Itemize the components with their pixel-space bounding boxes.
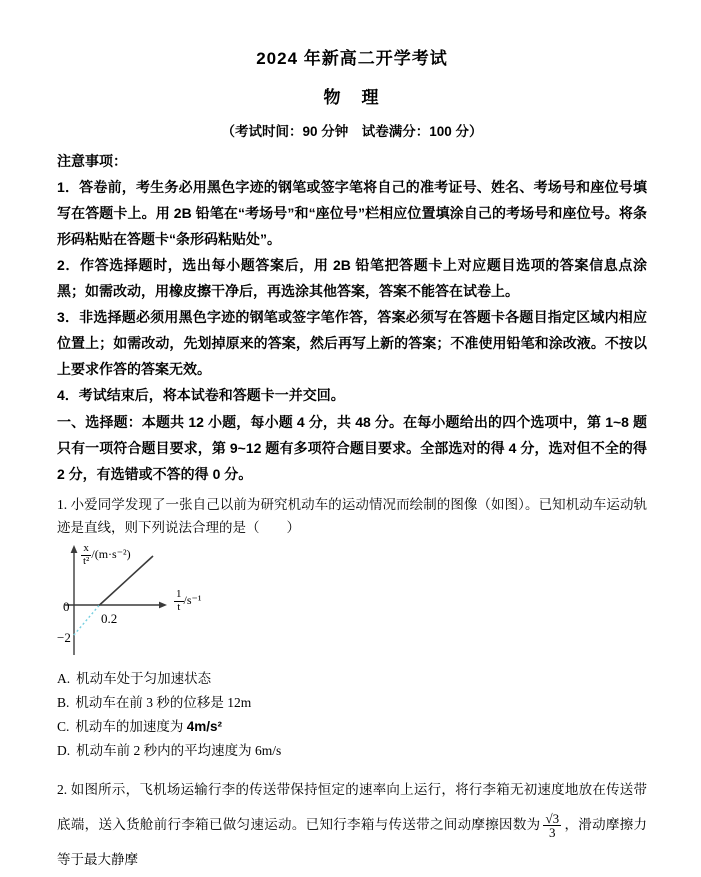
y-axis-arrow-icon — [71, 545, 78, 553]
exam-subject: 物 理 — [57, 83, 647, 108]
exam-time-score-info: （考试时间：90 分钟 试卷满分：100 分） — [57, 120, 647, 140]
option-a-text: 机动车处于匀加速状态 — [76, 671, 211, 686]
option-a: A.机动车处于匀加速状态 — [57, 667, 647, 691]
x-axis-arrow-icon — [159, 602, 167, 609]
graph-origin-label: 0 — [63, 595, 70, 618]
question-1-options: A.机动车处于匀加速状态 B.机动车在前 3 秒的位移是 12m C.机动车的加… — [57, 667, 647, 763]
multiple-choice-section-heading: 一、选择题：本题共 12 小题，每小题 4 分，共 48 分。在每小题给出的四个… — [57, 409, 647, 487]
option-c-label: C. — [57, 719, 69, 734]
x-axis-fraction-numerator: 1 — [174, 589, 184, 601]
question-2-fraction-numerator: √3 — [543, 812, 561, 826]
graph-y-intercept-label: −2 — [57, 626, 71, 649]
question-1-number: 1. — [57, 497, 67, 512]
x-axis-fraction-denominator: t — [174, 601, 184, 614]
option-c: C.机动车的加速度为 4m/s² — [57, 715, 647, 739]
page-content: 2024 年新高二开学考试 物 理 （考试时间：90 分钟 试卷满分：100 分… — [0, 0, 701, 877]
option-d-formula: 6m/s — [255, 743, 281, 758]
notice-section: 注意事项： 1．答卷前，考生务必用黑色字迹的钢笔或签字笔将自己的准考证号、姓名、… — [57, 148, 647, 408]
option-d-text: 机动车前 2 秒内的平均速度为 — [76, 743, 255, 758]
option-c-formula: 4m/s² — [187, 719, 222, 734]
notice-label: 注意事项： — [57, 148, 647, 174]
question-2-text: 2. 如图所示，飞机场运输行李的传送带保持恒定的速率向上运行，将行李箱无初速度地… — [57, 772, 647, 877]
question-2-number: 2. — [57, 782, 67, 797]
graph-y-axis-label: xt²/(m·s⁻²) — [81, 543, 131, 567]
notice-item-3: 3．非选择题必须用黑色字迹的钢笔或签字笔作答，答案必须写在答题卡各题目指定区域内… — [57, 304, 647, 382]
question-1: 1. 小爱同学发现了一张自己以前为研究机动车的运动情况而绘制的图像（如图）。已知… — [57, 493, 647, 763]
question-2: 2. 如图所示，飞机场运输行李的传送带保持恒定的速率向上运行，将行李箱无初速度地… — [57, 772, 647, 877]
option-c-text: 机动车的加速度为 — [75, 719, 186, 734]
y-axis-fraction-denominator: t² — [81, 555, 91, 568]
option-b-label: B. — [57, 695, 69, 710]
option-d-label: D. — [57, 743, 70, 758]
notice-item-2: 2．作答选择题时，选出每小题答案后，用 2B 铅笔把答题卡上对应题目选项的答案信… — [57, 252, 647, 304]
question-2-fraction-denominator: 3 — [543, 825, 561, 840]
question-2-fraction: √33 — [543, 812, 561, 840]
y-axis-fraction-numerator: x — [81, 543, 91, 555]
question-1-text: 1. 小爱同学发现了一张自己以前为研究机动车的运动情况而绘制的图像（如图）。已知… — [57, 493, 647, 539]
graph-x-intercept-label: 0.2 — [101, 607, 117, 630]
y-axis-unit: /(m·s⁻²) — [91, 547, 130, 561]
graph-dashed-extrapolation-line — [73, 606, 99, 637]
notice-item-4: 4．考试结束后，将本试卷和答题卡一并交回。 — [57, 382, 647, 408]
option-b: B.机动车在前 3 秒的位移是 12m — [57, 691, 647, 715]
x-axis-fraction: 1t — [174, 589, 184, 613]
question-1-graph: xt²/(m·s⁻²) 1t/s⁻¹ 0 0.2 −2 — [57, 543, 267, 661]
exam-title: 2024 年新高二开学考试 — [57, 44, 647, 69]
exam-paper-page: 2024 年新高二开学考试 物 理 （考试时间：90 分钟 试卷满分：100 分… — [0, 0, 701, 877]
notice-item-1: 1．答卷前，考生务必用黑色字迹的钢笔或签字笔将自己的准考证号、姓名、考场号和座位… — [57, 174, 647, 252]
y-axis-fraction: xt² — [81, 543, 91, 567]
option-d: D.机动车前 2 秒内的平均速度为 6m/s — [57, 739, 647, 763]
option-b-text: 机动车在前 3 秒的位移是 12m — [75, 695, 251, 710]
question-1-body: 小爱同学发现了一张自己以前为研究机动车的运动情况而绘制的图像（如图）。已知机动车… — [57, 497, 647, 535]
option-a-label: A. — [57, 671, 70, 686]
graph-x-axis-label: 1t/s⁻¹ — [174, 589, 201, 613]
x-axis-unit: /s⁻¹ — [184, 593, 202, 607]
